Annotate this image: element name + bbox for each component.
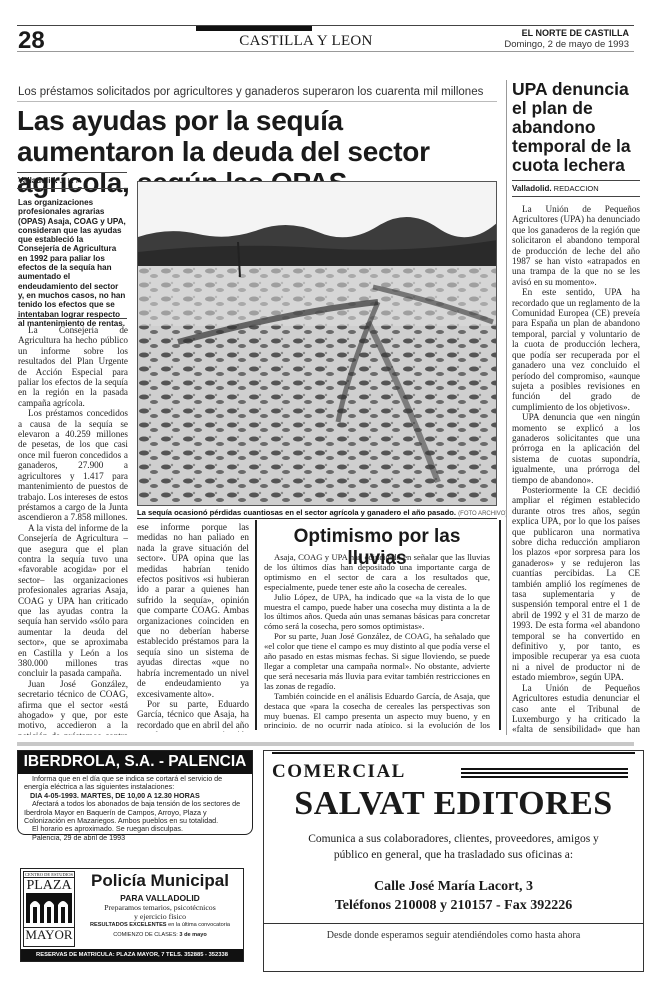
salvat-title: SALVAT EDITORES <box>264 785 643 823</box>
iberdrola-ad: IBERDROLA, S.A. - PALENCIA Informa que e… <box>17 750 253 835</box>
paragraph: A la vista del informe de la Consejería … <box>18 523 128 679</box>
photo-image <box>138 182 497 506</box>
iberdrola-detail: Afectará a todos los abonados de baja te… <box>24 800 246 825</box>
start-label: COMIENZO DE CLASES: <box>113 932 178 938</box>
iberdrola-signed: Palencia, 29 de abril de 1993 <box>24 834 246 842</box>
drought-photo <box>137 181 497 506</box>
paragraph: La Consejería de Agricultura ha hecho pú… <box>18 325 128 408</box>
policia-title: Policía Municipal <box>77 871 243 891</box>
paragraph: Por su parte, Juan José González, de COA… <box>264 632 490 691</box>
salvat-closing: Desde donde esperamos seguir atendiéndol… <box>264 930 643 941</box>
logo-plaza: PLAZA <box>24 878 74 893</box>
salvat-divider <box>264 923 643 924</box>
results-rest: en la última convocatoria <box>168 922 230 928</box>
photo-credit: (FOTO ARCHIVO) <box>458 511 507 517</box>
dateline-author: J. L. F. <box>60 176 82 185</box>
paragraph: Posteriormente la CE decidió ampliar el … <box>512 485 640 683</box>
policia-start: COMIENZO DE CLASES: 3 de mayo <box>77 932 243 938</box>
iberdrola-title: IBERDROLA, S.A. - PALENCIA <box>18 751 252 774</box>
side-dateline-rule-bottom <box>512 196 640 197</box>
policia-results: RESULTADOS EXCELENTES en la última convo… <box>77 922 243 928</box>
dateline-rule-bottom <box>17 188 127 189</box>
paragraph: La Unión de Pequeños Agricultores (UPA) … <box>512 204 640 287</box>
dateline-author: REDACCION <box>554 184 599 193</box>
paragraph: ese informe porque las medidas no han pa… <box>137 522 249 699</box>
iberdrola-intro: Informa que en el día que se indica se c… <box>24 775 246 792</box>
paragraph: Asaja, COAG y UPA han coincidido en seña… <box>264 553 490 593</box>
salvat-line1: Comunica a sus colaboradores, clientes, … <box>264 833 643 845</box>
side-article-body: La Unión de Pequeños Agricultores (UPA) … <box>512 204 640 734</box>
header-bottom-rule <box>17 51 634 52</box>
policia-footer: RESERVAS DE MATRICULA: PLAZA MAYOR, 7 TE… <box>21 949 243 961</box>
article-column-1: La Consejería de Agricultura ha hecho pú… <box>18 325 128 735</box>
article-lead: Las organizaciones profesionales agraria… <box>18 198 126 328</box>
logo-mayor: MAYOR <box>24 927 74 942</box>
article-column-2: ese informe porque las medidas no han pa… <box>137 522 249 732</box>
paragraph: Por su parte, Eduardo García, técnico qu… <box>137 699 249 732</box>
lead-rule <box>17 318 127 319</box>
salvat-kicker: COMERCIAL <box>272 761 406 783</box>
policia-line2: y ejercicio físico <box>77 912 243 921</box>
dateline-city: Valladolid. <box>512 184 552 193</box>
column-divider <box>506 80 507 735</box>
paragraph: Los préstamos concedidos a causa de la s… <box>18 408 128 522</box>
newspaper-name: EL NORTE DE CASTILLA <box>522 28 629 38</box>
header-top-rule <box>17 25 634 26</box>
salvat-phones: Teléfonos 210008 y 210157 - Fax 392226 <box>264 898 643 914</box>
caption-text: La sequía ocasionó pérdidas cuantiosas e… <box>137 508 456 517</box>
dateline-city: Valladolid. <box>18 176 58 185</box>
kicker-rule <box>17 101 497 102</box>
start-date: 3 de mayo <box>179 932 206 938</box>
paragraph: También coincide en el análisis Eduardo … <box>264 692 490 728</box>
photo-caption: La sequía ocasionó pérdidas cuantiosas e… <box>137 508 497 519</box>
paragraph: Juan José González, secretario técnico d… <box>18 679 128 735</box>
side-dateline-rule-top <box>512 180 640 181</box>
article-dateline: Valladolid. J. L. F. <box>18 176 82 185</box>
article-kicker: Los préstamos solicitados por agricultor… <box>18 86 483 98</box>
dateline-rule-top <box>17 172 127 173</box>
paragraph: La Unión de Pequeños Agricultores estudi… <box>512 683 640 734</box>
paragraph: UPA denuncia que «en ningún momento se e… <box>512 412 640 485</box>
salvat-lines <box>461 768 628 770</box>
section-title: CASTILLA Y LEON <box>200 33 412 50</box>
issue-date: Domingo, 2 de mayo de 1993 <box>504 39 629 50</box>
salvat-address: Calle José María Lacort, 3 <box>264 879 643 895</box>
section-bar <box>196 26 312 31</box>
policia-subtitle: PARA VALLADOLID <box>77 893 243 903</box>
salvat-line2: público en general, que ha trasladado su… <box>264 849 643 861</box>
ads-separator <box>17 742 634 746</box>
paragraph: Julio López, de UPA, ha indicado que «a … <box>264 593 490 633</box>
arcade-icon <box>26 893 72 923</box>
salvat-top-rule <box>272 752 635 754</box>
side-article-headline: UPA denuncia el plan de abandono tempora… <box>512 80 640 175</box>
side-dateline: Valladolid. REDACCION <box>512 184 599 193</box>
policia-ad: CENTRO DE ESTUDIOS PLAZA MAYOR Policía M… <box>20 868 244 962</box>
results-bold: RESULTADOS EXCELENTES <box>90 922 167 928</box>
salvat-ad: COMERCIAL SALVAT EDITORES Comunica a sus… <box>263 750 644 972</box>
plaza-mayor-logo: CENTRO DE ESTUDIOS PLAZA MAYOR <box>23 871 75 947</box>
optimismo-body: Asaja, COAG y UPA han coincidido en seña… <box>264 553 490 728</box>
paragraph: En este sentido, UPA ha recordado que un… <box>512 287 640 412</box>
